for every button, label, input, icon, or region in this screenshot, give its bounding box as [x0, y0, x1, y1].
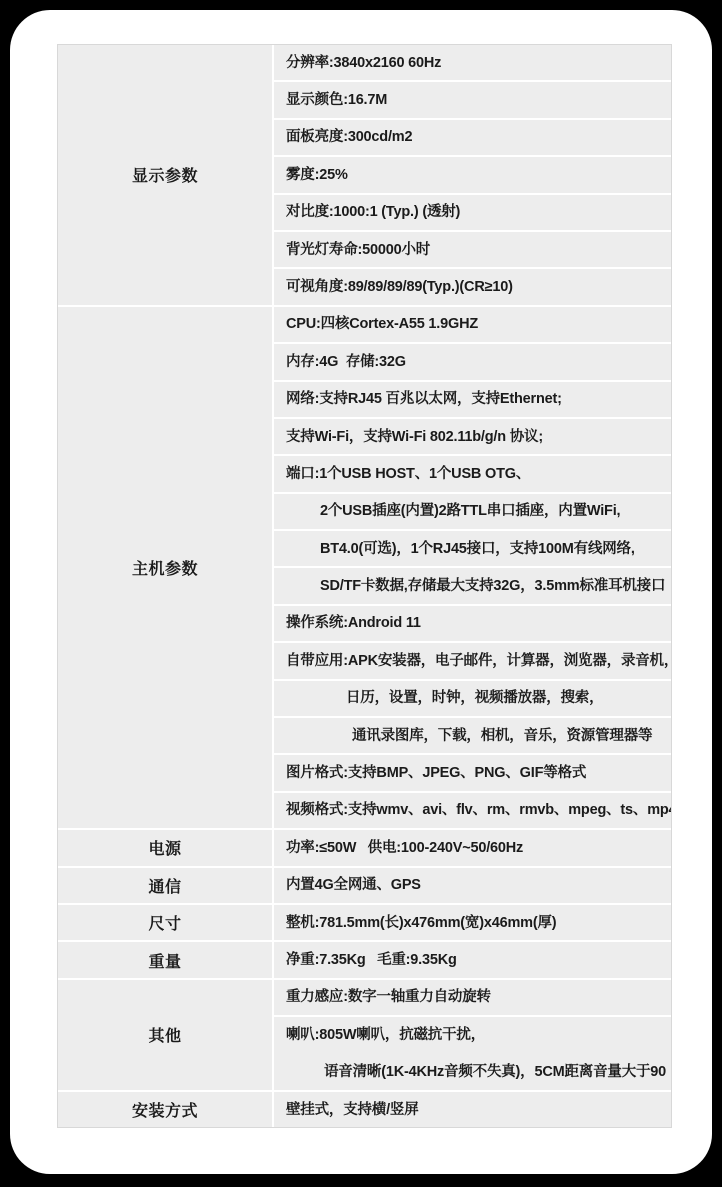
spec-section: 通信内置4G全网通、GPS — [58, 868, 671, 903]
spec-value-text: 喇叭:805W喇叭，抗磁抗干扰， — [274, 1017, 671, 1053]
spec-value-text: 分辨率:3840x2160 60Hz — [274, 54, 671, 72]
spec-value-cell: 内置4G全网通、GPS — [274, 868, 671, 903]
spec-value-cell: 操作系统:Android 11 — [274, 606, 671, 641]
spec-value-cell: 壁挂式，支持横/竖屏 — [274, 1092, 671, 1127]
spec-value-cell: 雾度:25% — [274, 157, 671, 192]
spec-section: 主机参数CPU:四核Cortex-A55 1.9GHZ内存:4G 存储:32G网… — [58, 307, 671, 828]
spec-card: 显示参数分辨率:3840x2160 60Hz显示颜色:16.7M面板亮度:300… — [10, 10, 712, 1174]
spec-value-cell: 背光灯寿命:50000小时 — [274, 232, 671, 267]
spec-value-cell: 2个USB插座(内置)2路TTL串口插座，内置WiFi, — [274, 494, 671, 529]
spec-value-cell: 自带应用:APK安装器，电子邮件，计算器，浏览器，录音机， — [274, 643, 671, 678]
spec-value-column: 净重:7.35Kg 毛重:9.35Kg — [274, 942, 671, 977]
spec-value-cell: 重力感应:数字一轴重力自动旋转 — [274, 980, 671, 1015]
spec-value-text: 内置4G全网通、GPS — [274, 876, 671, 894]
spec-value-text: 显示颜色:16.7M — [274, 91, 671, 109]
spec-value-text: 净重:7.35Kg 毛重:9.35Kg — [274, 951, 671, 969]
spec-value-text: 端口:1个USB HOST、1个USB OTG、 — [274, 465, 671, 483]
spec-value-cell: 净重:7.35Kg 毛重:9.35Kg — [274, 942, 671, 977]
spec-value-text: 整机:781.5mm(长)x476mm(宽)x46mm(厚) — [274, 914, 671, 932]
spec-value-cell: 图片格式:支持BMP、JPEG、PNG、GIF等格式 — [274, 755, 671, 790]
spec-value-text: 功率:≤50W 供电:100-240V~50/60Hz — [274, 839, 671, 857]
spec-value-cell: 喇叭:805W喇叭，抗磁抗干扰，语音清晰(1K-4KHz音频不失真)，5CM距离… — [274, 1017, 671, 1090]
spec-value-text: CPU:四核Cortex-A55 1.9GHZ — [274, 315, 671, 333]
spec-value-column: 整机:781.5mm(长)x476mm(宽)x46mm(厚) — [274, 905, 671, 940]
spec-section: 尺寸整机:781.5mm(长)x476mm(宽)x46mm(厚) — [58, 905, 671, 940]
spec-value-text: 支持Wi-Fi，支持Wi-Fi 802.11b/g/n 协议; — [274, 428, 671, 446]
spec-section-label: 显示参数 — [58, 45, 272, 305]
spec-section-label: 尺寸 — [58, 905, 272, 940]
spec-section-label: 安装方式 — [58, 1092, 272, 1127]
spec-section: 其他重力感应:数字一轴重力自动旋转喇叭:805W喇叭，抗磁抗干扰，语音清晰(1K… — [58, 980, 671, 1090]
spec-value-text: 背光灯寿命:50000小时 — [274, 241, 671, 259]
spec-value-cell: 功率:≤50W 供电:100-240V~50/60Hz — [274, 830, 671, 865]
spec-value-cell: 分辨率:3840x2160 60Hz — [274, 45, 671, 80]
spec-section-label: 电源 — [58, 830, 272, 865]
spec-value-text: BT4.0(可选)，1个RJ45接口，支持100M有线网络, — [274, 540, 671, 558]
page-background: { "colors": { "background": "#000000", "… — [0, 0, 722, 1187]
spec-value-cell: 支持Wi-Fi，支持Wi-Fi 802.11b/g/n 协议; — [274, 419, 671, 454]
spec-value-text: 2个USB插座(内置)2路TTL串口插座，内置WiFi, — [274, 502, 671, 520]
spec-value-text: 语音清晰(1K-4KHz音频不失真)，5CM距离音量大于90 — [274, 1054, 671, 1090]
spec-value-cell: 对比度:1000:1 (Typ.) (透射) — [274, 195, 671, 230]
spec-section: 重量净重:7.35Kg 毛重:9.35Kg — [58, 942, 671, 977]
spec-section-label: 主机参数 — [58, 307, 272, 828]
spec-value-text: 面板亮度:300cd/m2 — [274, 128, 671, 146]
spec-value-text: 图片格式:支持BMP、JPEG、PNG、GIF等格式 — [274, 764, 671, 782]
spec-value-column: CPU:四核Cortex-A55 1.9GHZ内存:4G 存储:32G网络:支持… — [274, 307, 671, 828]
spec-value-cell: 视频格式:支持wmv、avi、flv、rm、rmvb、mpeg、ts、mp4等 — [274, 793, 671, 828]
spec-value-text: 网络:支持RJ45 百兆以太网，支持Ethernet; — [274, 390, 671, 408]
spec-value-cell: 整机:781.5mm(长)x476mm(宽)x46mm(厚) — [274, 905, 671, 940]
spec-value-text: 重力感应:数字一轴重力自动旋转 — [274, 988, 671, 1006]
spec-value-text: 视频格式:支持wmv、avi、flv、rm、rmvb、mpeg、ts、mp4等 — [274, 801, 671, 819]
spec-value-cell: 端口:1个USB HOST、1个USB OTG、 — [274, 456, 671, 491]
spec-value-text: 对比度:1000:1 (Typ.) (透射) — [274, 203, 671, 221]
spec-section: 电源功率:≤50W 供电:100-240V~50/60Hz — [58, 830, 671, 865]
spec-value-text: 可视角度:89/89/89/89(Typ.)(CR≥10) — [274, 278, 671, 296]
spec-value-column: 分辨率:3840x2160 60Hz显示颜色:16.7M面板亮度:300cd/m… — [274, 45, 671, 305]
spec-section: 安装方式壁挂式，支持横/竖屏 — [58, 1092, 671, 1127]
spec-value-cell: SD/TF卡数据,存储最大支持32G，3.5mm标准耳机接口 — [274, 568, 671, 603]
spec-value-text: 通讯录图库，下载，相机，音乐，资源管理器等 — [274, 727, 671, 745]
spec-value-column: 重力感应:数字一轴重力自动旋转喇叭:805W喇叭，抗磁抗干扰，语音清晰(1K-4… — [274, 980, 671, 1090]
spec-value-text: 雾度:25% — [274, 166, 671, 184]
spec-value-cell: BT4.0(可选)，1个RJ45接口，支持100M有线网络, — [274, 531, 671, 566]
spec-value-cell: 通讯录图库，下载，相机，音乐，资源管理器等 — [274, 718, 671, 753]
spec-value-text: 自带应用:APK安装器，电子邮件，计算器，浏览器，录音机， — [274, 652, 671, 670]
spec-table: 显示参数分辨率:3840x2160 60Hz显示颜色:16.7M面板亮度:300… — [57, 44, 672, 1128]
spec-value-column: 功率:≤50W 供电:100-240V~50/60Hz — [274, 830, 671, 865]
spec-value-cell: 可视角度:89/89/89/89(Typ.)(CR≥10) — [274, 269, 671, 304]
spec-value-text: 日历，设置，时钟，视频播放器，搜索， — [274, 689, 671, 707]
spec-value-cell: 内存:4G 存储:32G — [274, 344, 671, 379]
spec-value-cell: 网络:支持RJ45 百兆以太网，支持Ethernet; — [274, 382, 671, 417]
spec-value-text: 内存:4G 存储:32G — [274, 353, 671, 371]
spec-value-cell: 日历，设置，时钟，视频播放器，搜索， — [274, 681, 671, 716]
spec-value-text: SD/TF卡数据,存储最大支持32G，3.5mm标准耳机接口 — [274, 577, 671, 595]
spec-section-label: 重量 — [58, 942, 272, 977]
spec-section: 显示参数分辨率:3840x2160 60Hz显示颜色:16.7M面板亮度:300… — [58, 45, 671, 305]
spec-section-label: 通信 — [58, 868, 272, 903]
spec-value-cell: CPU:四核Cortex-A55 1.9GHZ — [274, 307, 671, 342]
spec-value-cell: 面板亮度:300cd/m2 — [274, 120, 671, 155]
spec-value-column: 内置4G全网通、GPS — [274, 868, 671, 903]
spec-value-text: 壁挂式，支持横/竖屏 — [274, 1101, 671, 1119]
spec-value-cell: 显示颜色:16.7M — [274, 82, 671, 117]
spec-value-text: 操作系统:Android 11 — [274, 614, 671, 632]
spec-section-label: 其他 — [58, 980, 272, 1090]
spec-value-column: 壁挂式，支持横/竖屏 — [274, 1092, 671, 1127]
